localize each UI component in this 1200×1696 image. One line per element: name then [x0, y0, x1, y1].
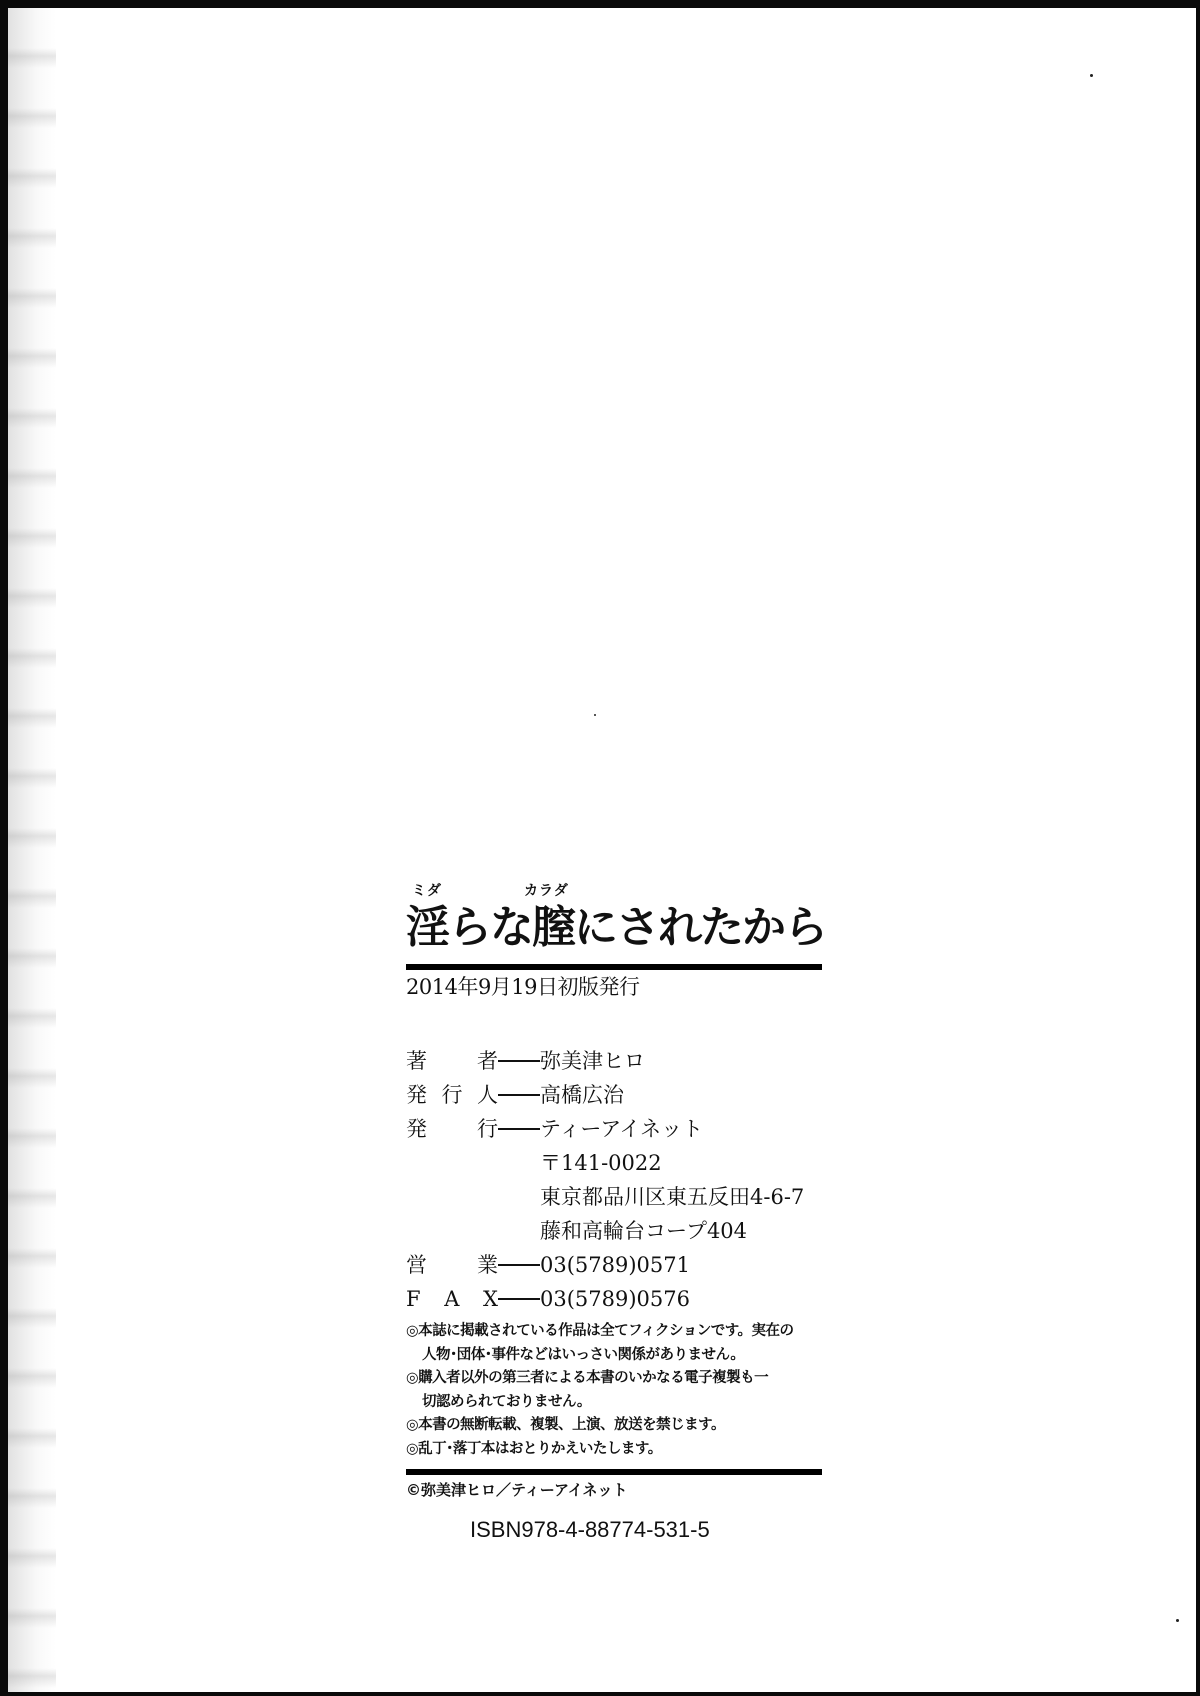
dash-leader: [498, 1248, 540, 1282]
scan-speck: [1090, 74, 1093, 77]
copyright-line: ©弥美津ヒロ／ティーアイネット: [406, 1477, 826, 1503]
notice-fiction: ◎本誌に掲載されている作品は全てフィクションです。実在の: [406, 1320, 826, 1344]
colophon-block: ミダ カラダ 淫らな膣にされたから 2014年9月19日初版発行 著 者 弥美津…: [406, 880, 826, 1545]
title-ruby: ミダ カラダ: [406, 880, 826, 902]
credit-label: 発 行: [406, 1112, 498, 1146]
author-name: 弥美津ヒロ: [540, 1044, 645, 1078]
dash-leader: [498, 1282, 540, 1316]
publication-date: 2014年9月19日初版発行: [406, 972, 826, 1002]
address-line2: 藤和高輪台コープ404: [406, 1214, 826, 1248]
notice-fiction-cont: 人物･団体･事件などはいっさい関係がありません。: [406, 1344, 826, 1368]
sales-phone: 03(5789)0571: [540, 1248, 690, 1282]
book-title: 淫らな膣にされたから: [406, 902, 826, 954]
colophon-page: ミダ カラダ 淫らな膣にされたから 2014年9月19日初版発行 著 者 弥美津…: [8, 8, 1196, 1692]
credits-list: 著 者 弥美津ヒロ 発 行 人 高橋広治 発 行: [406, 1044, 826, 1316]
publisher-person-name: 高橋広治: [540, 1078, 624, 1112]
publisher-name: ティーアイネット: [540, 1112, 703, 1146]
bottom-rule: [406, 1469, 822, 1475]
credit-publisher: 発 行 ティーアイネット: [406, 1112, 826, 1146]
scan-speck: [1176, 1619, 1179, 1622]
credit-label: F A X: [406, 1282, 498, 1316]
ruby-mida: ミダ: [412, 880, 442, 900]
credit-publisher-person: 発 行 人 高橋広治: [406, 1078, 826, 1112]
ruby-karada: カラダ: [524, 880, 569, 900]
notice-digital-copy: ◎購入者以外の第三者による本書のいかなる電子複製も一: [406, 1367, 826, 1391]
credit-label: 著 者: [406, 1044, 498, 1078]
notice-reproduction: ◎本書の無断転載、複製、上演、放送を禁じます。: [406, 1414, 826, 1438]
contact-fax: F A X 03(5789)0576: [406, 1282, 826, 1316]
title-rule: [406, 964, 822, 970]
notice-digital-copy-cont: 切認められておりません。: [406, 1391, 826, 1415]
credit-label: 発 行 人: [406, 1078, 498, 1112]
credit-author: 著 者 弥美津ヒロ: [406, 1044, 826, 1078]
address-postal: 〒141-0022: [406, 1146, 826, 1180]
legal-notices: ◎本誌に掲載されている作品は全てフィクションです。実在の 人物･団体･事件などは…: [406, 1320, 826, 1461]
dash-leader: [498, 1078, 540, 1112]
contact-sales: 営 業 03(5789)0571: [406, 1248, 826, 1282]
address-line1: 東京都品川区東五反田4-6-7: [406, 1180, 826, 1214]
dash-leader: [498, 1044, 540, 1078]
credit-label: 営 業: [406, 1248, 498, 1282]
torn-page-edge: [8, 8, 56, 1692]
notice-defects: ◎乱丁･落丁本はおとりかえいたします。: [406, 1438, 826, 1462]
dash-leader: [498, 1112, 540, 1146]
isbn: ISBN978-4-88774-531-5: [406, 1515, 826, 1545]
fax-number: 03(5789)0576: [540, 1282, 690, 1316]
scan-speck: [594, 714, 596, 716]
